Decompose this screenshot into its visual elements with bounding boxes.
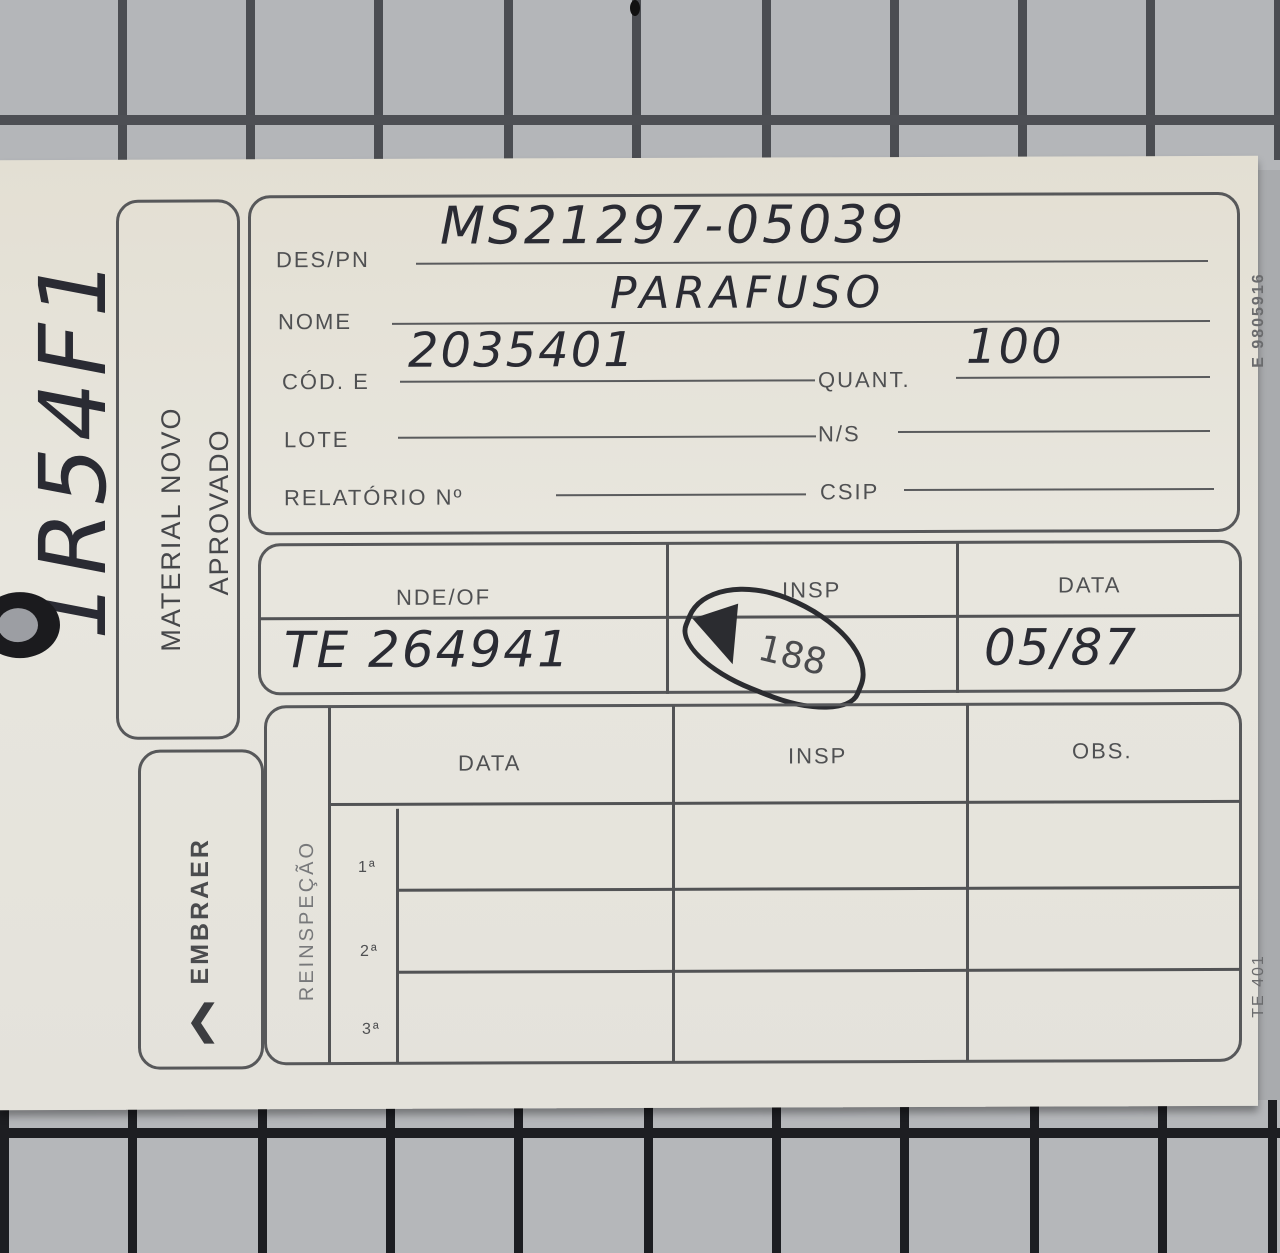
reinspection-section-label: REINSPEÇÃO bbox=[296, 840, 319, 1001]
reinspection-header-data: DATA bbox=[458, 750, 521, 776]
grid-background-top bbox=[0, 0, 1280, 170]
reinspection-row-2-data-cell[interactable] bbox=[400, 892, 670, 969]
reinspection-row-2-obs-cell[interactable] bbox=[970, 890, 1238, 967]
approval-nde-of-value[interactable]: TE 264941 bbox=[284, 620, 571, 679]
csip-label: CSIP bbox=[820, 479, 879, 505]
reinspection-row-3-data-cell[interactable] bbox=[400, 974, 670, 1061]
nome-value[interactable]: PARAFUSO bbox=[610, 267, 885, 319]
reinspection-row-2-insp-cell[interactable] bbox=[676, 891, 964, 968]
reinspection-header-obs: OBS. bbox=[1072, 738, 1133, 764]
pin-icon bbox=[630, 0, 640, 16]
reinspection-row-2-ordinal: 2ª bbox=[360, 943, 379, 961]
reinspection-row-1-obs-cell[interactable] bbox=[970, 804, 1238, 885]
serial-print: E 9805916 bbox=[1250, 272, 1268, 367]
approval-header-nde-of: NDE/OF bbox=[396, 584, 491, 610]
grid-background-bottom bbox=[0, 1100, 1280, 1253]
reinspection-row-1-ordinal: 1ª bbox=[358, 859, 377, 877]
approval-header-data: DATA bbox=[1058, 572, 1121, 598]
inspection-tag-card: 1R54F1 MATERIAL NOVO APROVADO ❮ EMBRAER … bbox=[0, 156, 1258, 1110]
cod-e-value[interactable]: 2035401 bbox=[408, 322, 636, 379]
nome-label: NOME bbox=[278, 309, 352, 335]
des-pn-label: DES/PN bbox=[276, 247, 370, 273]
reinspection-header-insp: INSP bbox=[788, 743, 847, 769]
status-line-1: MATERIAL NOVO bbox=[156, 406, 187, 651]
brand-name: EMBRAER bbox=[186, 837, 215, 985]
status-line-2: APROVADO bbox=[204, 428, 235, 595]
reinspection-row-3-ordinal: 3ª bbox=[362, 1021, 381, 1039]
reinspection-row-1-data-cell[interactable] bbox=[400, 806, 670, 887]
reinspection-row-3-insp-cell[interactable] bbox=[676, 973, 964, 1060]
reinspection-row-1-insp-cell[interactable] bbox=[676, 805, 964, 886]
embraer-arrow-logo-icon: ❮ bbox=[186, 997, 220, 1043]
form-code: TE 401 bbox=[1250, 954, 1268, 1018]
des-pn-value[interactable]: MS21297-05039 bbox=[440, 195, 906, 257]
quant-label: QUANT. bbox=[818, 367, 911, 393]
relatorio-label: RELATÓRIO Nº bbox=[284, 485, 464, 512]
margin-handwritten-code: 1R54F1 bbox=[20, 253, 127, 640]
quant-value[interactable]: 100 bbox=[966, 318, 1064, 374]
approval-data-value[interactable]: 05/87 bbox=[984, 618, 1138, 677]
ns-label: N/S bbox=[818, 421, 861, 447]
cod-e-label: CÓD. E bbox=[282, 369, 370, 395]
reinspection-row-3-obs-cell[interactable] bbox=[970, 972, 1238, 1059]
lote-label: LOTE bbox=[284, 427, 349, 453]
